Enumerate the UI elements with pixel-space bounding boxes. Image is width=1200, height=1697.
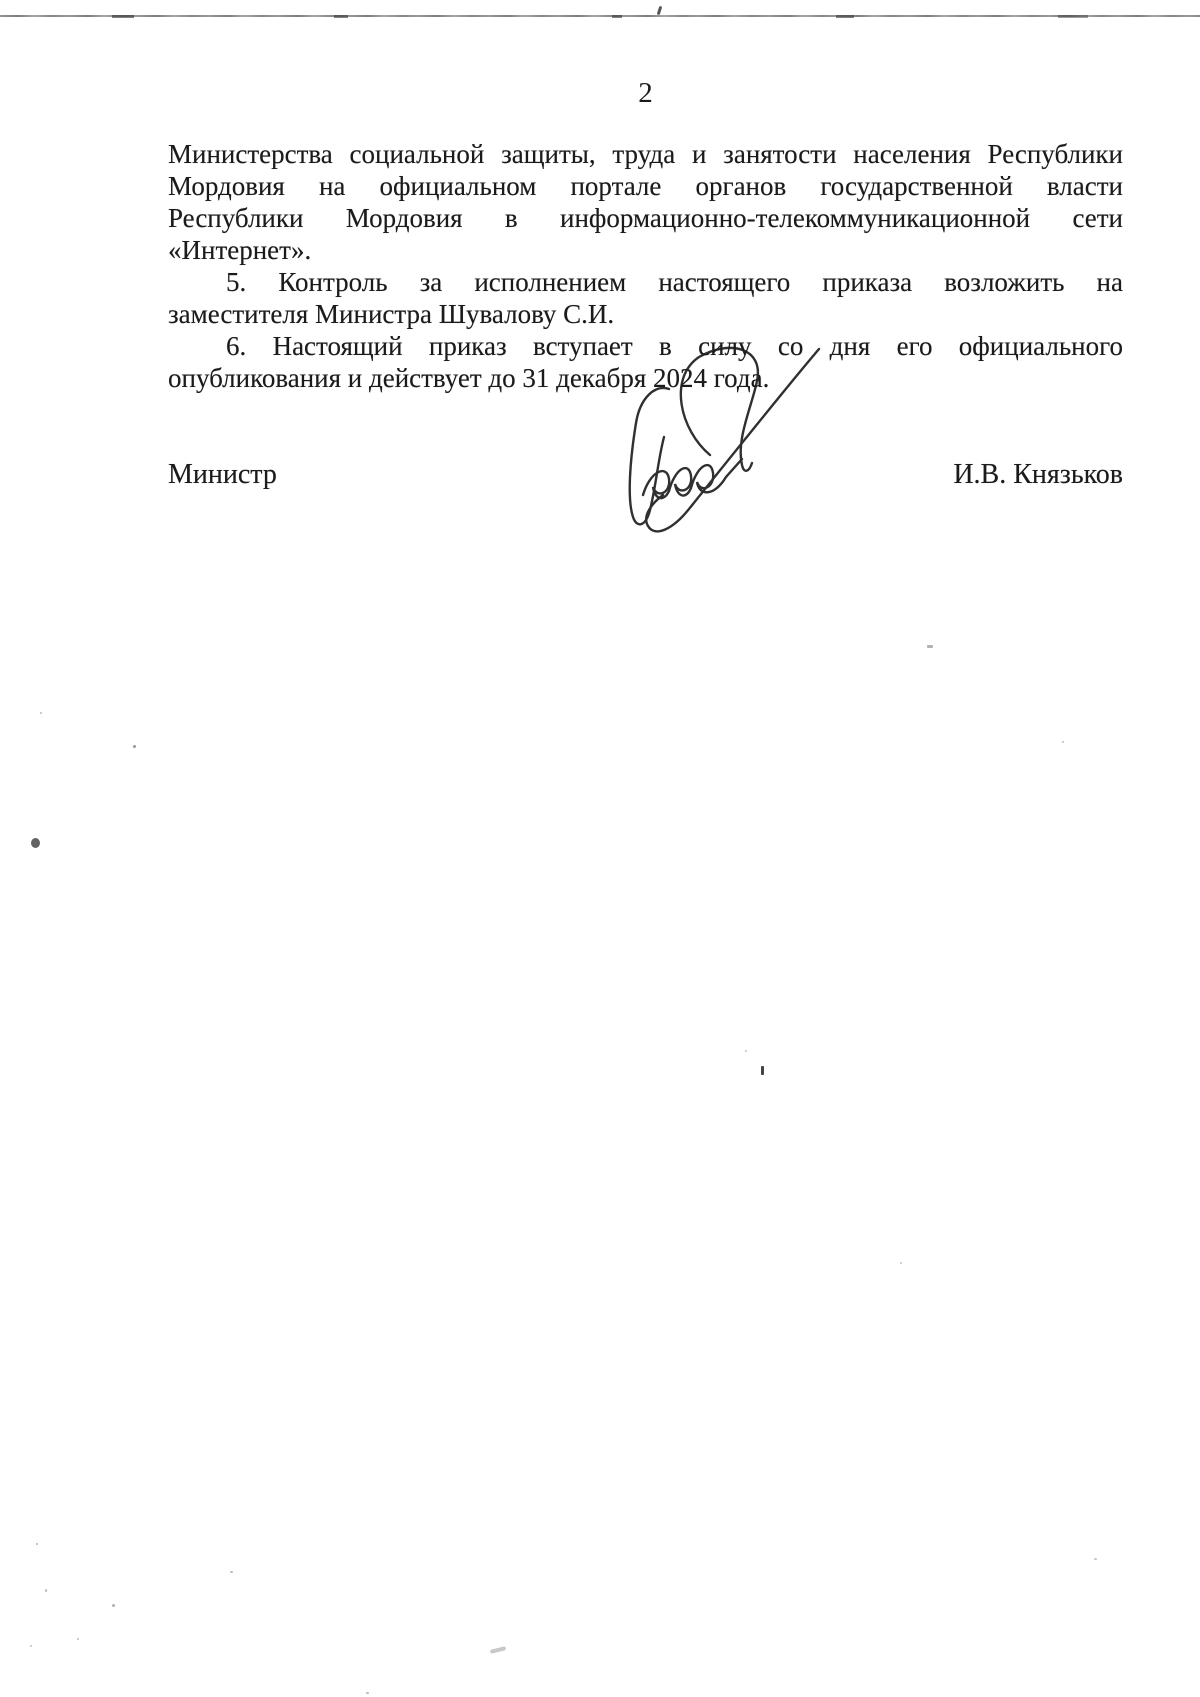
scanned-document-page: 2 Министерства социальной защиты, труда …	[0, 0, 1200, 1697]
scan-artifact-line-segment	[612, 15, 622, 18]
scan-speck	[45, 1589, 47, 1592]
scan-speck	[112, 1604, 115, 1607]
scan-speck	[761, 1066, 764, 1075]
page-number: 2	[168, 76, 1123, 110]
paragraph-line: заместителя Министра Шувалову С.И.	[168, 298, 1123, 330]
scan-speck	[657, 6, 663, 15]
scan-artifact-line-segment	[836, 15, 854, 18]
scan-speck	[1062, 741, 1064, 743]
signoff-row: Министр И.В. Князьков	[168, 458, 1123, 492]
scan-artifact-line-segment	[112, 15, 134, 18]
scan-speck	[745, 1050, 747, 1052]
scan-speck	[133, 745, 136, 748]
paragraph-line: Мордовия на официальном портале органов …	[168, 170, 1123, 202]
scan-speck	[230, 1571, 233, 1573]
scan-speck	[900, 1262, 902, 1264]
scan-speck	[31, 838, 40, 848]
paragraph-line-item-5: 5. Контроль за исполнением настоящего пр…	[168, 266, 1123, 298]
paragraph-line: Республики Мордовия в информационно-теле…	[168, 202, 1123, 234]
scan-artifact-line-segment	[1058, 15, 1088, 18]
scan-artifact-line	[0, 15, 1200, 17]
signature-scribble	[585, 333, 835, 541]
signoff-name: И.В. Князьков	[953, 458, 1123, 492]
scan-speck	[366, 1692, 369, 1694]
scan-speck	[30, 1645, 32, 1647]
scan-speck	[927, 645, 933, 648]
scan-artifact-line-segment	[334, 15, 348, 18]
paragraph-line: «Интернет».	[168, 234, 1123, 266]
scan-speck	[1094, 1558, 1097, 1560]
scan-speck	[40, 712, 42, 714]
scan-speck	[77, 1638, 79, 1640]
signoff-title: Министр	[168, 458, 277, 492]
scan-speck	[36, 1543, 38, 1545]
paragraph-line: Министерства социальной защиты, труда и …	[168, 138, 1123, 170]
scan-speck	[490, 1646, 506, 1654]
